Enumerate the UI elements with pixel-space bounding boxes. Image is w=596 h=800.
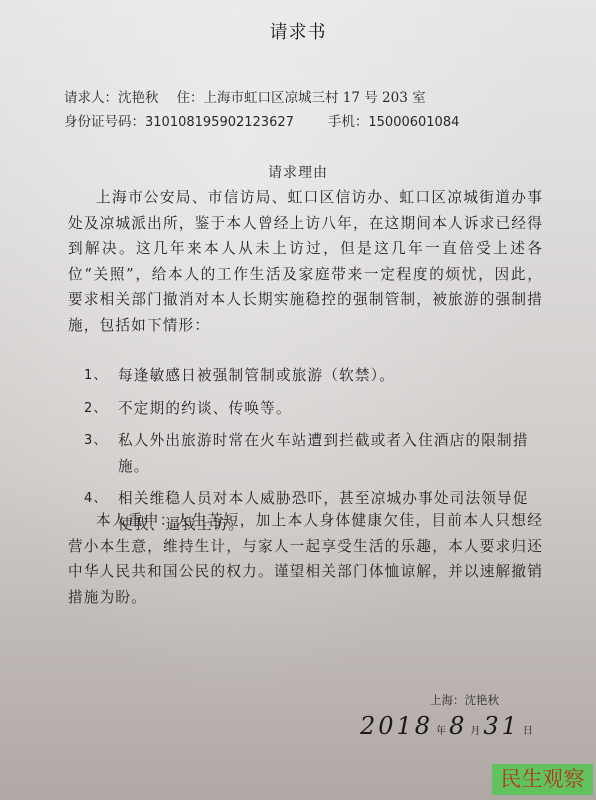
handwritten-date: 2018年8月31日 [360,712,536,740]
date-month: 8 [449,712,467,740]
requester-name: 沈艳秋 [118,90,159,106]
address-label: 住： [177,90,204,106]
phone-label: 手机： [328,114,369,130]
date-day: 31 [483,712,520,740]
list-item-text: 不定期的约谈、传唤等。 [118,396,544,422]
date-year-unit: 年 [436,726,446,737]
list-item: 3、 私人外出旅游时常在火车站遭到拦截或者入住酒店的限制措施。 [84,428,544,479]
requester-label: 请求人： [64,90,118,106]
list-item-text: 每逢敏感日被强制管制或旅游（软禁）。 [118,363,544,389]
list-item: 2、 不定期的约谈、传唤等。 [84,396,544,422]
id-label: 身份证号码： [64,114,145,130]
address-value: 上海市虹口区凉城三村 17 号 203 室 [204,90,426,106]
watermark-logo: 民生观察 [492,764,593,795]
list-item-text: 私人外出旅游时常在火车站遭到拦截或者入住酒店的限制措施。 [118,428,544,479]
reason-paragraph: 上海市公安局、市信访局、虹口区信访办、虹口区凉城街道办事处及凉城派出所，鉴于本人… [68,185,543,338]
list-item: 1、 每逢敏感日被强制管制或旅游（软禁）。 [84,363,544,389]
requester-line: 请求人：沈艳秋住：上海市虹口区凉城三村 17 号 203 室 [64,86,426,106]
date-month-unit: 月 [470,726,480,737]
date-day-unit: 日 [523,726,533,737]
date-year: 2018 [360,712,433,740]
phone-number: 15000601084 [368,115,459,130]
document-page: 请求书 请求人：沈艳秋住：上海市虹口区凉城三村 17 号 203 室 身份证号码… [0,0,596,800]
signature: 上海：沈艳秋 [430,692,499,708]
id-phone-line: 身份证号码：310108195902123627手机：15000601084 [64,110,459,130]
id-number: 310108195902123627 [145,115,294,130]
list-item-index: 1、 [84,363,118,389]
list-item-index: 2、 [84,396,118,422]
document-title: 请求书 [0,18,596,44]
list-item-index: 3、 [84,428,118,479]
restatement-paragraph: 本人重申：人生苦短，加上本人身体健康欠佳，目前本人只想经营小本生意，维持生计，与… [68,508,543,610]
section-title: 请求理由 [0,162,596,182]
